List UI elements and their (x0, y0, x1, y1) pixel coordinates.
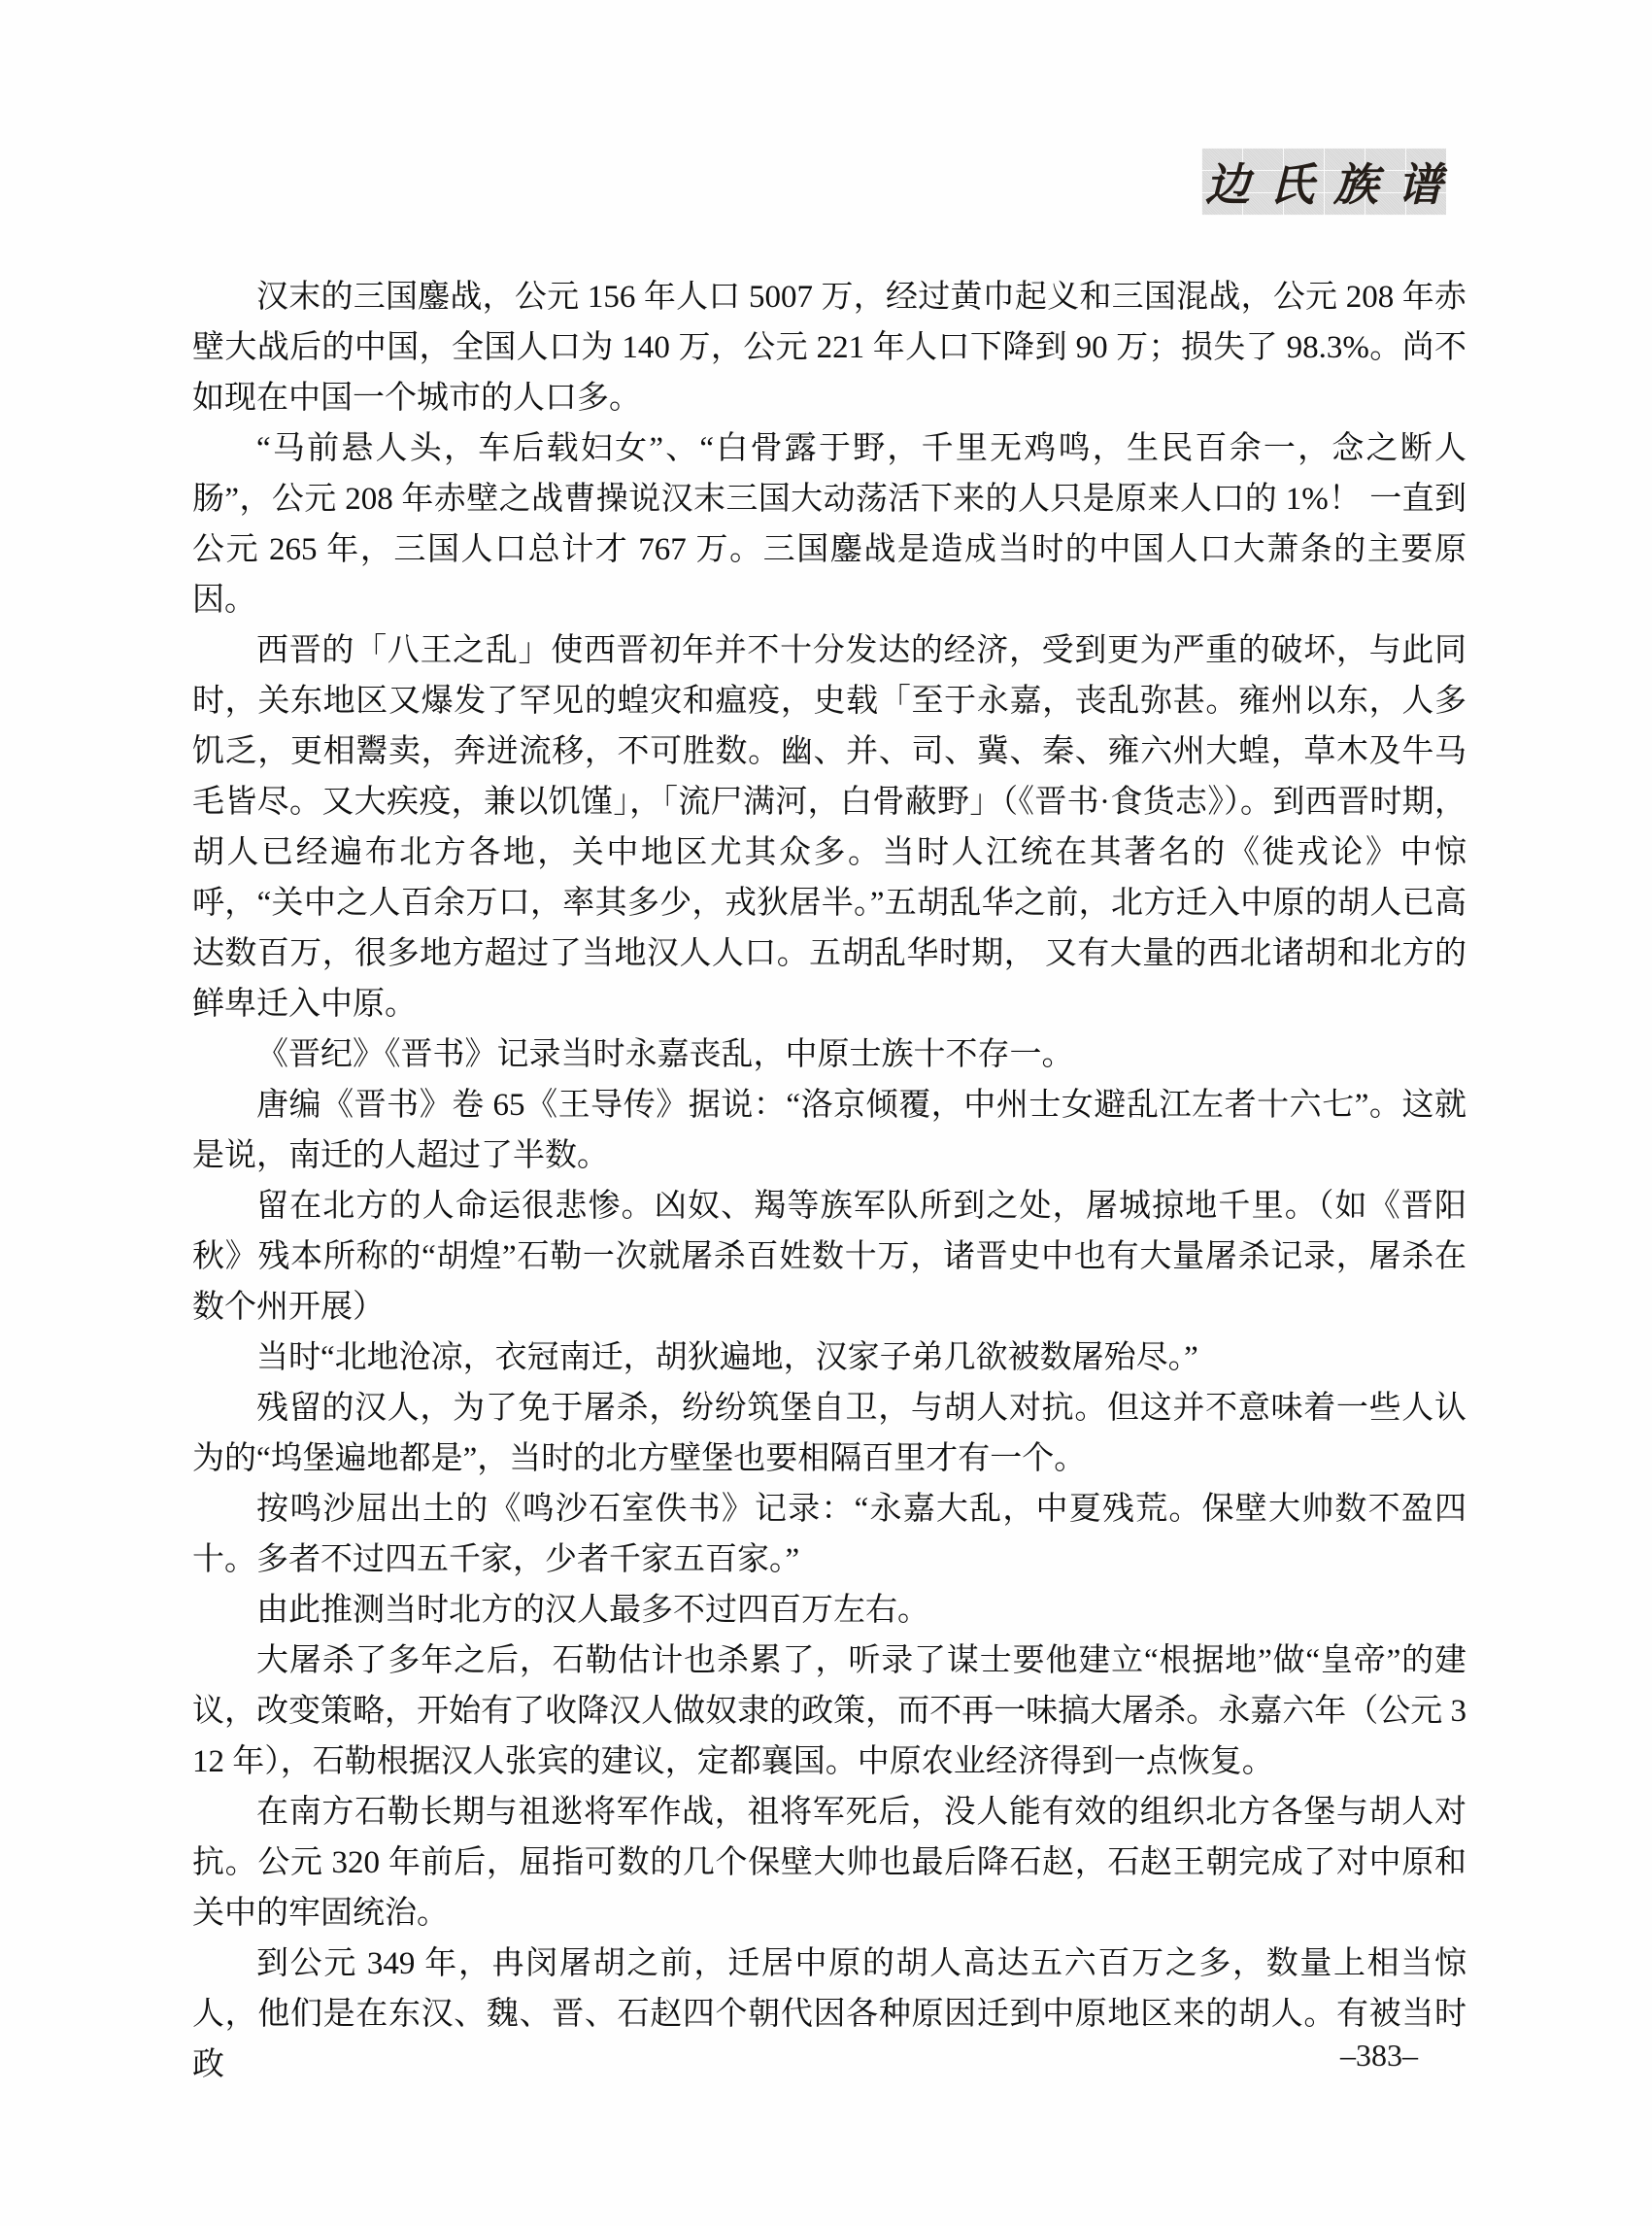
paragraph: 在南方石勒长期与祖逖将军作战，祖将军死后，没人能有效的组织北方各堡与胡人对抗。公… (192, 1787, 1467, 1939)
paragraph: 西晋的「八王之乱」使西晋初年并不十分发达的经济，受到更为严重的破坏，与此同时，关… (192, 625, 1467, 1029)
chapter-header-title: 边氏族谱 (1186, 150, 1462, 214)
paragraph: 由此推测当时北方的汉人最多不过四百万左右。 (192, 1585, 1467, 1636)
chapter-header-badge: 边氏族谱 (1201, 148, 1446, 216)
book-page: 边氏族谱 汉末的三国鏖战，公元 156 年人口 5007 万，经过黄巾起义和三国… (0, 0, 1652, 2226)
paragraph: 留在北方的人命运很悲惨。凶奴、羯等族军队所到之处，屠城掠地千里。（如《晋阳秋》残… (192, 1181, 1467, 1332)
paragraph: 当时“北地沧凉，衣冠南迁，胡狄遍地，汉家子弟几欲被数屠殆尽。” (192, 1332, 1467, 1383)
paragraph: 大屠杀了多年之后，石勒估计也杀累了，听录了谋士要他建立“根据地”做“皇帝”的建议… (192, 1636, 1467, 1787)
paragraph: 汉末的三国鏖战，公元 156 年人口 5007 万，经过黄巾起义和三国混战，公元… (192, 272, 1467, 423)
paragraph: 按鸣沙屈出土的《鸣沙石室佚书》记录：“永嘉大乱，中夏残荒。保壁大帅数不盈四十。多… (192, 1484, 1467, 1585)
paragraph: “马前悬人头，车后载妇女”、“白骨露于野，千里无鸡鸣，生民百余一，念之断人肠”，… (192, 423, 1467, 625)
paragraph: 残留的汉人，为了免于屠杀，纷纷筑堡自卫，与胡人对抗。但这并不意味着一些人认为的“… (192, 1383, 1467, 1484)
paragraph: 到公元 349 年，冉闵屠胡之前，迁居中原的胡人高达五六百万之多，数量上相当惊人… (192, 1939, 1467, 2090)
page-number: –383– (1292, 2038, 1467, 2074)
page-body: 汉末的三国鏖战，公元 156 年人口 5007 万，经过黄巾起义和三国混战，公元… (192, 272, 1467, 2090)
paragraph: 唐编《晋书》卷 65《王导传》据说：“洛京倾覆，中州士女避乱江左者十六七”。这就… (192, 1080, 1467, 1181)
paragraph: 《晋纪》《晋书》记录当时永嘉丧乱，中原士族十不存一。 (192, 1029, 1467, 1080)
